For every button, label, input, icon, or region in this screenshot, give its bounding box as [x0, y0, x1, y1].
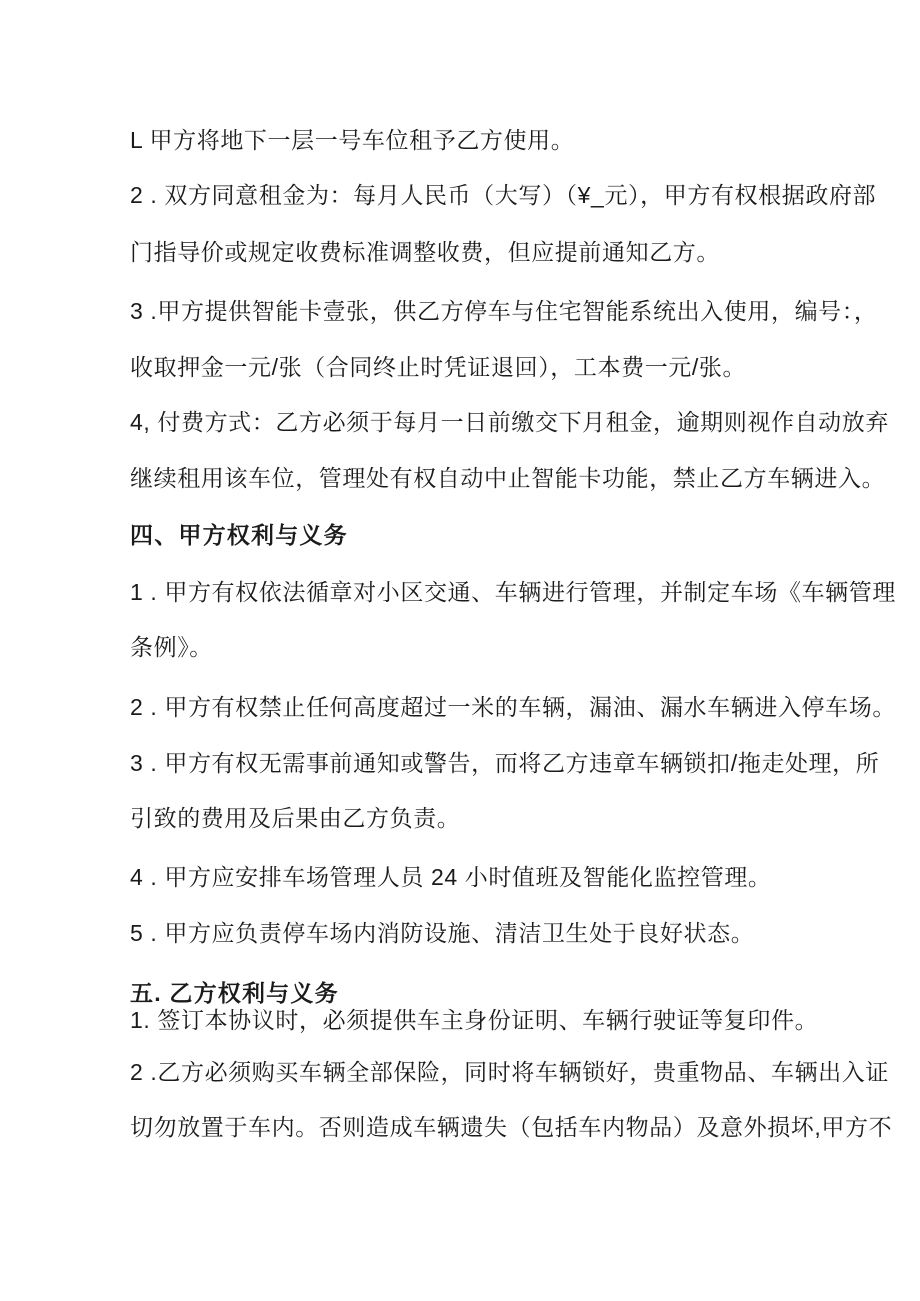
section-heading-party-a-rights: 四、甲方权利与义务 — [130, 520, 348, 550]
clause-2-line-2: 门指导价或规定收费标准调整收费，但应提前通知乙方。 — [130, 237, 720, 267]
clause-2-line-1: 2 . 双方同意租金为：每月人民币（大写）（¥_元），甲方有权根据政府部 — [130, 180, 876, 210]
party-a-clause-4-line: 4 . 甲方应安排车场管理人员 24 小时值班及智能化监控管理。 — [130, 862, 772, 892]
party-a-clause-1-line-2: 条例》。 — [130, 632, 213, 662]
party-a-clause-3-line-2: 引致的费用及后果由乙方负责。 — [130, 803, 460, 833]
clause-4-line-2: 继续租用该车位，管理处有权自动中止智能卡功能，禁止乙方车辆进入。 — [130, 463, 885, 493]
party-b-clause-1-line: 1. 签订本协议时，必须提供车主身份证明、车辆行驶证等复印件。 — [130, 1005, 818, 1035]
document-page: L 甲方将地下一层一号车位租予乙方使用。 2 . 双方同意租金为：每月人民币（大… — [0, 0, 920, 1301]
clause-1-line: L 甲方将地下一层一号车位租予乙方使用。 — [130, 125, 574, 155]
clause-4-line-1: 4, 付费方式：乙方必须于每月一日前缴交下月租金，逾期则视作自动放弃 — [130, 407, 889, 437]
section-heading-party-b-rights: 五. 乙方权利与义务 — [130, 978, 339, 1008]
party-a-clause-3-line-1: 3 . 甲方有权无需事前通知或警告，而将乙方违章车辆锁扣/拖走处理，所 — [130, 748, 879, 778]
party-a-clause-1-line-1: 1 . 甲方有权依法循章对小区交通、车辆进行管理，并制定车场《车辆管理 — [130, 577, 896, 607]
party-b-clause-2-line-1: 2 .乙方必须购买车辆全部保险，同时将车辆锁好，贵重物品、车辆出入证 — [130, 1057, 889, 1087]
clause-3-line-1: 3 .甲方提供智能卡壹张，供乙方停车与住宅智能系统出入使用，编号：， — [130, 296, 877, 326]
party-a-clause-2-line: 2 . 甲方有权禁止任何高度超过一米的车辆，漏油、漏水车辆进入停车场。 — [130, 692, 896, 722]
clause-3-line-2: 收取押金一元/张（合同终止时凭证退回），工本费一元/张。 — [130, 352, 746, 382]
party-a-clause-5-line: 5 . 甲方应负责停车场内消防设施、清洁卫生处于良好状态。 — [130, 918, 754, 948]
party-b-clause-2-line-2: 切勿放置于车内。否则造成车辆遗失（包括车内物品）及意外损坏,甲方不 — [130, 1112, 892, 1142]
